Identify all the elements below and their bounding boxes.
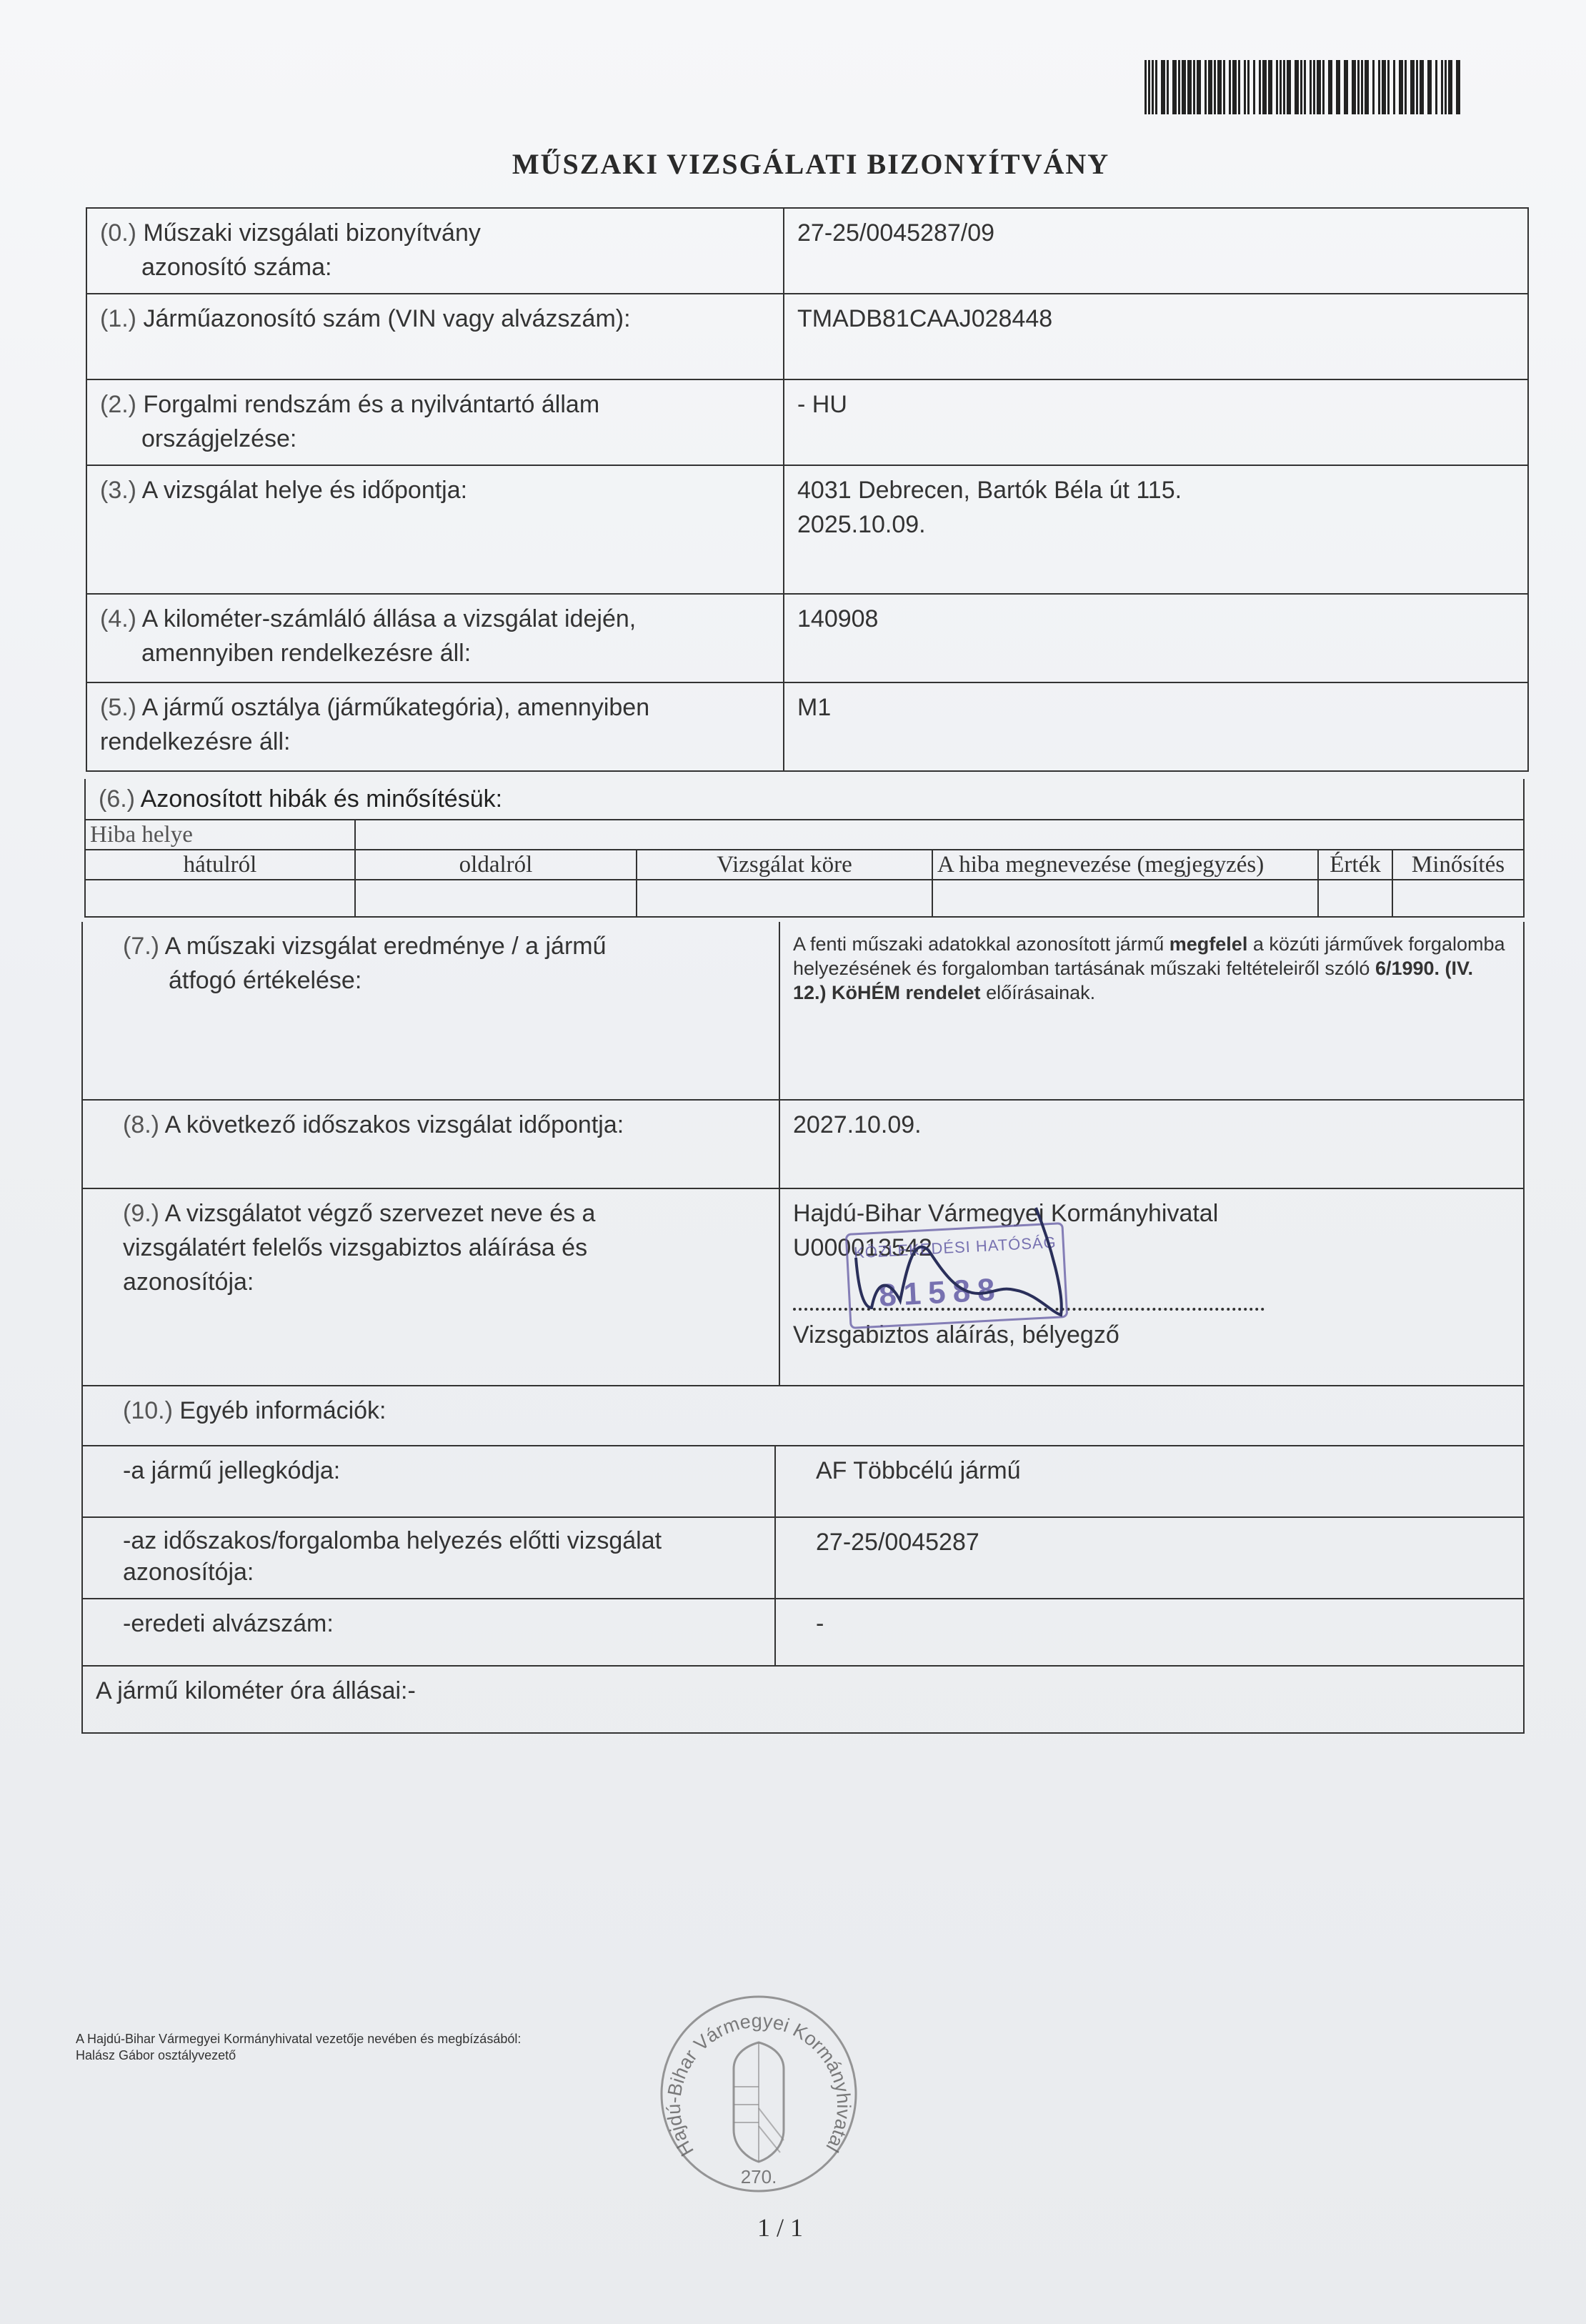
odometer-value: 140908 [784,595,1527,682]
field-value: 27-25/0045287/09 [784,209,1527,293]
other-info-label: -eredeti alvázszám: [83,1599,776,1665]
inspector-row: (9.) A vizsgálatot végző szervezet neve … [81,1189,1525,1386]
next-inspection-date: 2027.10.09. [780,1101,1523,1188]
field-label: Járműazonosító szám (VIN vagy alvázszám)… [143,305,630,332]
issuer-note: A Hajdú-Bihar Vármegyei Kormányhivatal v… [76,2031,521,2064]
defects-title: Azonosított hibák és minősítésük: [141,785,502,813]
col-header-rating: Minősítés [1392,850,1524,880]
field-label: A jármű osztálya (járműkategória), amenn… [142,694,650,721]
col-header-scope: Vizsgálat köre [637,850,932,880]
results-table: (7.) A műszaki vizsgálat eredménye / a j… [81,922,1525,1734]
result-label-cont: átfogó értékelése: [123,963,766,998]
result-number: (7.) [123,933,159,960]
svg-text:270.: 270. [741,2166,777,2188]
inspection-date: 2025.10.09. [797,507,1515,542]
other-info-row: -az időszakos/forgalomba helyezés előtti… [81,1518,1525,1599]
field-number: (0.) [100,219,136,247]
inspection-location: 4031 Debrecen, Bartók Béla út 115. [797,473,1515,507]
field-label: A vizsgálat helye és időpontja: [142,477,468,504]
field-row-4: (4.) A kilométer-számláló állása a vizsg… [86,595,1529,683]
field-row-0: (0.) Műszaki vizsgálati bizonyítvány azo… [86,207,1529,294]
field-number: (2.) [100,391,136,418]
col-header-defect-name: A hiba megnevezése (megjegyzés) [932,850,1318,880]
field-row-3: (3.) A vizsgálat helye és időpontja: 403… [86,466,1529,595]
odometer-history: A jármű kilométer óra állásai:- [83,1667,429,1732]
other-info-label: -a jármű jellegkódja: [83,1446,776,1516]
field-row-2: (2.) Forgalmi rendszám és a nyilvántartó… [86,380,1529,466]
other-info-value: 27-25/0045287 [776,1518,1523,1598]
defect-location-header: Hiba helye [85,820,355,850]
other-info-title: Egyéb információk: [179,1397,386,1424]
defects-section: (6.) Azonosított hibák és minősítésük: H… [84,779,1525,918]
defects-table: Hiba helye hátulról oldalról Vizsgálat k… [84,819,1525,918]
field-number: (3.) [100,477,136,504]
inspector-label: A vizsgálatot végző szervezet neve és a [165,1200,596,1227]
field-value-vin: TMADB81CAAJ028448 [784,294,1527,379]
barcode [1144,60,1509,114]
result-label: A műszaki vizsgálat eredménye / a jármű [165,933,607,960]
signature [822,1186,1107,1329]
field-row-1: (1.) Járműazonosító szám (VIN vagy alváz… [86,294,1529,380]
page-indicator: 1 / 1 [757,2213,803,2243]
other-info-header-row: (10.) Egyéb információk: [81,1386,1525,1446]
defects-number: (6.) [99,785,135,813]
other-info-row: -a jármű jellegkódja: AF Többcélú jármű [81,1446,1525,1518]
field-label-cont: azonosító száma: [100,250,770,284]
field-number: (5.) [100,694,136,721]
odometer-history-row: A jármű kilométer óra állásai:- [81,1667,1525,1734]
department-head: Halász Gábor osztályvezető [76,2047,521,2064]
result-text: A fenti műszaki adatokkal azonosított já… [780,922,1523,1099]
next-inspection-row: (8.) A következő időszakos vizsgálat idő… [81,1101,1525,1189]
result-verdict: megfelel [1169,933,1248,955]
other-info-value: - [776,1599,1523,1665]
field-label: Műszaki vizsgálati bizonyítvány [143,219,480,247]
vehicle-category-value: M1 [784,683,1527,770]
next-inspection-label: A következő időszakos vizsgálat időpontj… [165,1111,624,1138]
field-label: A kilométer-számláló állása a vizsgálat … [142,605,637,632]
col-header-value: Érték [1318,850,1392,880]
document-title: MŰSZAKI VIZSGÁLATI BIZONYÍTVÁNY [0,147,1586,181]
field-label-cont: amennyiben rendelkezésre áll: [100,636,770,670]
defect-row [85,880,1524,917]
other-info-label: -az időszakos/forgalomba helyezés előtti… [83,1518,776,1598]
other-info-value: AF Többcélú jármű [776,1446,1523,1516]
col-header-side: oldalról [355,850,637,880]
field-value-plate: - HU [784,380,1527,465]
field-number: (4.) [100,605,136,632]
field-label: Forgalmi rendszám és a nyilvántartó álla… [143,391,599,418]
result-row: (7.) A műszaki vizsgálat eredménye / a j… [81,922,1525,1101]
field-row-5: (5.) A jármű osztálya (járműkategória), … [86,683,1529,772]
field-label-cont: országjelzése: [100,422,770,456]
col-header-rear: hátulról [85,850,355,880]
field-label-cont: rendelkezésre áll: [100,725,770,759]
other-info-row: -eredeti alvázszám: - [81,1599,1525,1667]
field-number: (1.) [100,305,136,332]
vehicle-info-table: (0.) Műszaki vizsgálati bizonyítvány azo… [86,207,1529,772]
official-seal: Hajdú-Bihar Vármegyei Kormányhivatal 270… [652,1987,866,2201]
